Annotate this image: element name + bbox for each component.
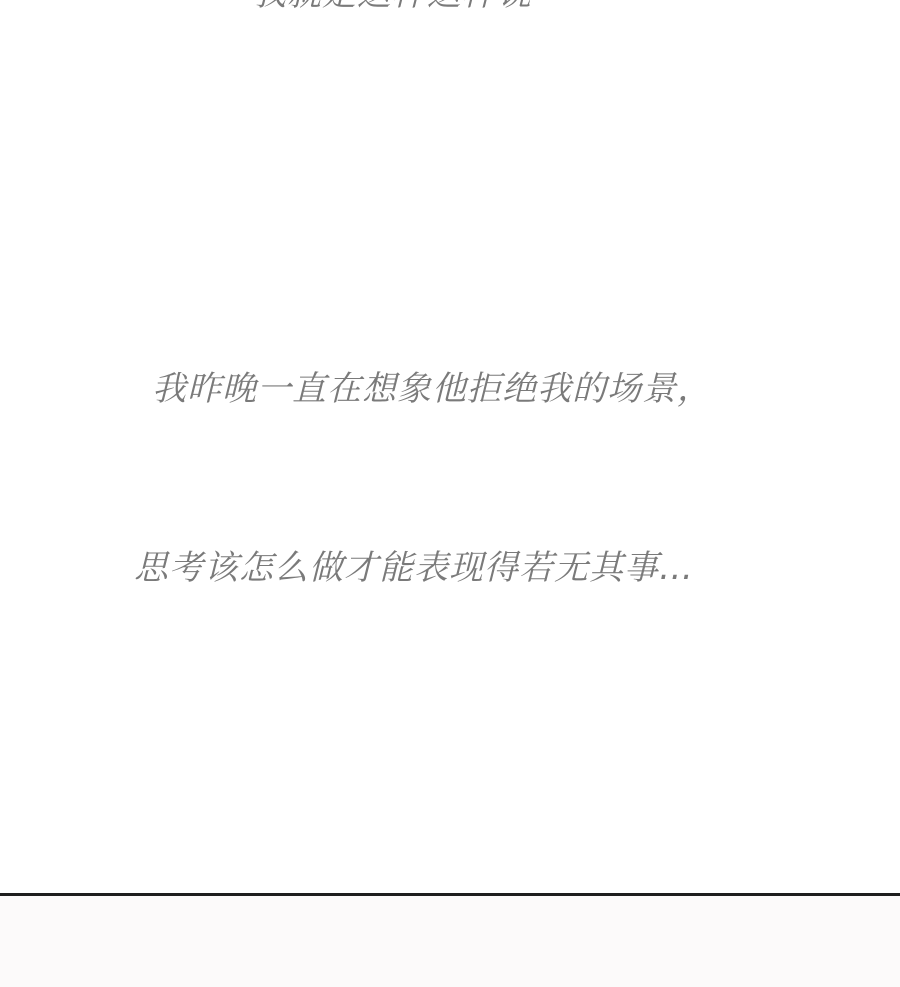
next-comic-panel <box>0 896 900 987</box>
comic-panel: 我就是这样这样说 我昨晚一直在想象他拒绝我的场景， 思考该怎么做才能表现得若无其… <box>0 0 900 894</box>
caption-line-2: 思考该怎么做才能表现得若无其事… <box>134 548 694 588</box>
caption-line-1: 我昨晚一直在想象他拒绝我的场景， <box>152 369 712 409</box>
caption-cut-off: 我就是这样这样说 <box>252 0 532 14</box>
